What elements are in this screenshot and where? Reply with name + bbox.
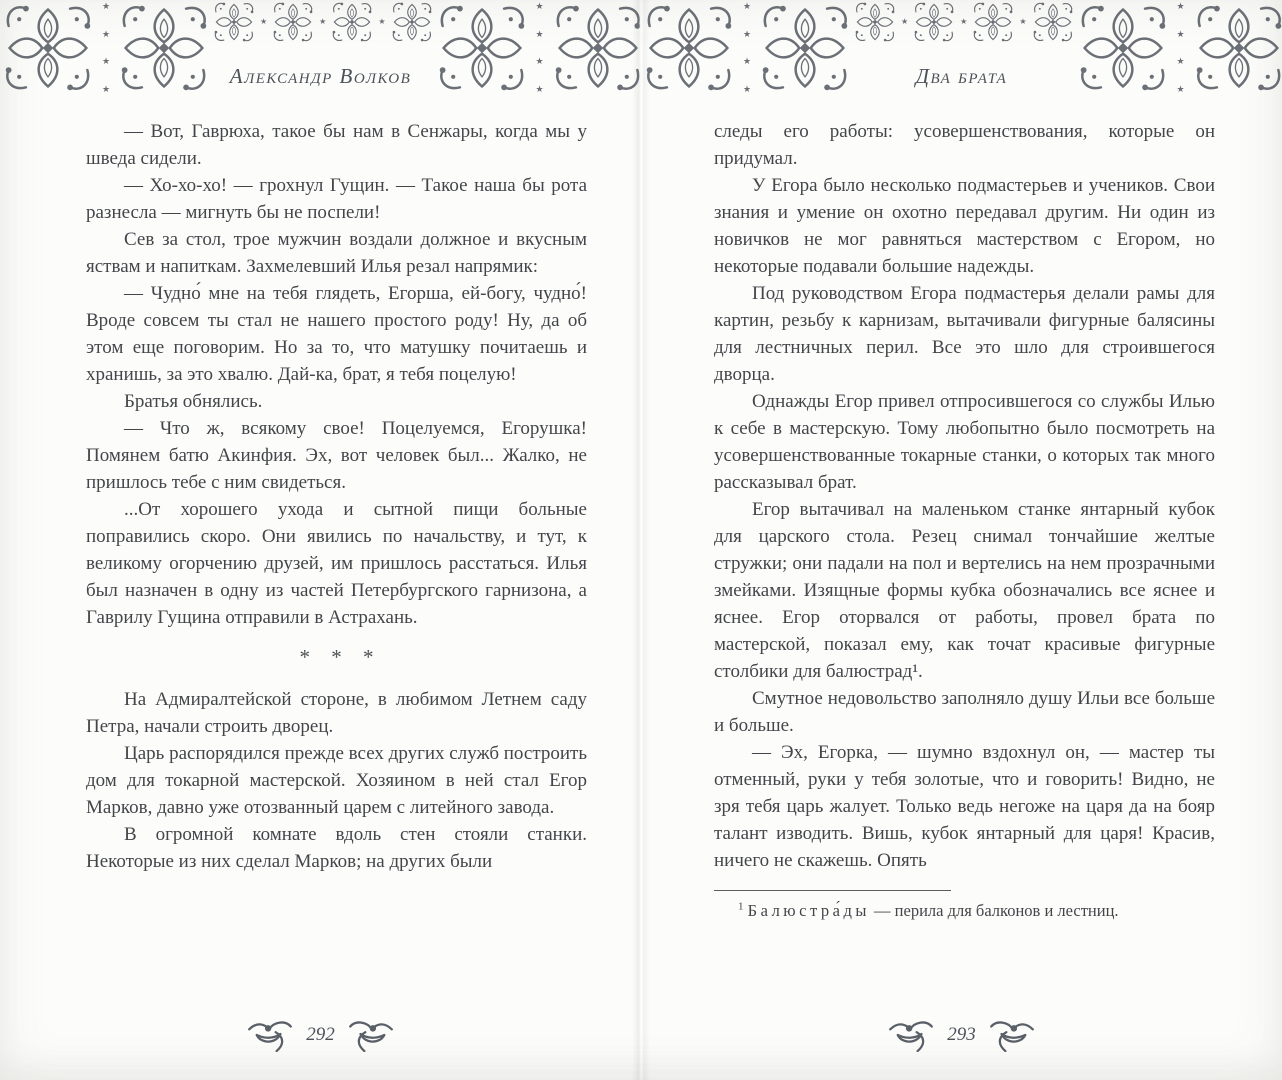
damask-ornament-icon [271,0,315,44]
paragraph: Сев за стол, трое мужчин воздали должное… [86,226,587,280]
paragraph: — Чудно́ мне на тебя глядеть, Егорша, ей… [86,280,587,388]
ornament-band: Два брата [641,0,1282,118]
footnote-marker: 1 [738,901,744,913]
star-icon [1176,3,1184,12]
page-footer: 293 [641,1018,1282,1052]
paragraph: — Хо-хо-хо! — грохнул Гущин. — Такое наш… [86,172,587,226]
text-column-left: — Вот, Гаврюха, такое бы нам в Сенжары, … [86,118,587,875]
star-icon [901,0,908,44]
damask-ornament-icon [1031,0,1075,44]
paragraph: В огромной комнате вдоль стен стояли ста… [86,821,587,875]
star-icon [1176,31,1184,40]
page-left: Александр Волков — Вот, Гаврюха, такое б… [0,0,641,1080]
paragraph: Царь распорядился прежде всех других слу… [86,740,587,821]
star-icon [319,0,326,44]
page-number: 292 [306,1024,335,1046]
damask-ornament-icon [390,0,434,44]
paragraph: — Эх, Егорка, — шумно вздохнул он, — мас… [714,739,1215,874]
star-icon [743,3,751,12]
damask-ornament-icon [212,0,256,44]
star-icon [743,31,751,40]
footnote-term: Балюстра́ды [748,901,870,920]
damask-ornament-icon [971,0,1015,44]
star-icon [535,3,543,12]
section-separator: * * * [86,644,587,671]
damask-ornament-icon [330,0,374,44]
text-column-right: следы его работы: усовершенствования, ко… [714,118,1215,922]
star-icon [102,3,110,12]
star-icon [960,0,967,44]
paragraph: — Вот, Гаврюха, такое бы нам в Сенжары, … [86,118,587,172]
page-right: Два брата следы его работы: усовершенств… [641,0,1282,1080]
ornament-strip [853,0,1075,44]
paragraph: На Адмиралтейской стороне, в любимом Лет… [86,686,587,740]
paragraph-continuation: следы его работы: усовершенствования, ко… [714,118,1215,172]
paragraph: Смутное недовольство заполняло душу Ильи… [714,685,1215,739]
flourish-icon [888,1018,934,1052]
footnote-rule [714,890,951,891]
footnote: 1 Балюстра́ды — перила для балконов и ле… [714,900,1215,922]
ornament-band: Александр Волков [0,0,641,118]
damask-ornament-icon [853,0,897,44]
star-icon [260,0,267,44]
paragraph: ...От хорошего ухода и сытной пищи больн… [86,496,587,631]
star-icon [102,31,110,40]
page-footer: 292 [0,1018,641,1052]
flourish-icon [348,1018,394,1052]
running-head-author: Александр Волков [0,64,641,89]
paragraph: Однажды Егор привел отпросившегося со сл… [714,388,1215,496]
star-icon [1019,0,1026,44]
running-head-title: Два брата [641,64,1282,89]
star-icon [378,0,385,44]
damask-ornament-icon [912,0,956,44]
ornament-strip [212,0,434,44]
book-spread: Александр Волков — Вот, Гаврюха, такое б… [0,0,1282,1080]
paragraph: У Егора было несколько подмастерьев и уч… [714,172,1215,280]
footnote-definition: — перила для балконов и лестниц. [874,901,1118,920]
star-icon [535,31,543,40]
page-number: 293 [947,1024,976,1046]
flourish-icon [989,1018,1035,1052]
paragraph: Егор вытачивал на маленьком станке янтар… [714,496,1215,685]
paragraph: Братья обнялись. [86,388,587,415]
paragraph: Под руководством Егора подмастерья делал… [714,280,1215,388]
flourish-icon [247,1018,293,1052]
paragraph: — Что ж, всякому свое! Поцелуемся, Егору… [86,415,587,496]
